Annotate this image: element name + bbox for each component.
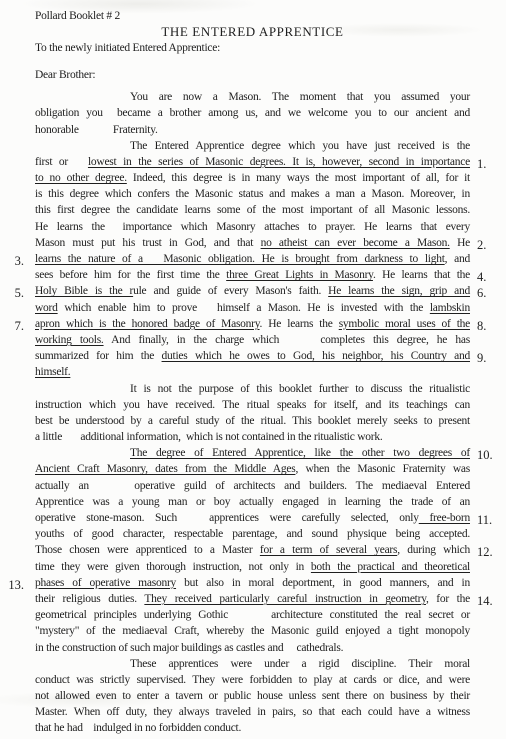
text-run: a little additional information, which i… — [35, 431, 382, 443]
text-line: actually an operative guild of architect… — [35, 478, 470, 494]
text-run: The Entered Apprentice degree which you … — [130, 140, 470, 152]
text-line: himself. — [35, 364, 470, 380]
text-run: He — [450, 237, 470, 249]
text-run: , and — [445, 253, 470, 265]
text-run: sees before him for the first time the — [35, 269, 226, 281]
underlined-text: to no other degree. — [35, 172, 127, 184]
text-run: not allowed even to enter a tavern or pu… — [35, 690, 470, 702]
underlined-text: word — [35, 302, 58, 314]
text-run: . He learns the — [260, 318, 339, 330]
text-run: , when the Masonic Fraternity was — [295, 463, 470, 475]
margin-number: 9. — [477, 350, 486, 366]
text-line: honorable Fraternity. — [35, 122, 470, 138]
underlined-text: Ancient Craft Masonry, dates from the Mi… — [35, 463, 295, 475]
text-line: Apprentice was a young man or boy actual… — [35, 494, 470, 510]
margin-number: 4. — [477, 269, 486, 285]
margin-number: 12. — [477, 544, 493, 560]
underlined-text: Holy Bible is the r — [35, 285, 133, 297]
text-run: this first degree the candidate learns s… — [35, 204, 470, 216]
text-line: apron which is the honored badge of Maso… — [35, 316, 470, 332]
underlined-text: The degree of Entered Apprentice, like t… — [130, 447, 470, 459]
text-run: "mystery" of the mediaeval Craft, whereb… — [35, 625, 470, 637]
margin-number: 14. — [477, 593, 493, 609]
text-run: conduct was strictly supervised. They we… — [35, 674, 470, 686]
text-line: that he had indulged in no forbidden con… — [35, 720, 470, 736]
underlined-text: three Great Lights in Masonry — [226, 269, 373, 281]
text-run: first or — [35, 156, 88, 168]
text-run: their religious duties. — [35, 593, 144, 605]
text-line: this first degree the candidate learns s… — [35, 202, 470, 218]
text-run: These apprentices were under a rigid dis… — [130, 658, 470, 670]
text-line: conduct was strictly supervised. They we… — [35, 672, 470, 688]
text-run: And finally, in the charge which complet… — [104, 334, 470, 346]
margin-number: 5. — [15, 285, 24, 301]
text-line: phases of operative masonry but also in … — [35, 575, 470, 591]
underlined-text: learns the nature of a Masonic obligatio… — [35, 253, 445, 265]
booklet-header: Pollard Booklet # 2 — [35, 8, 470, 24]
text-line: geometrical principles underlying Gothic… — [35, 607, 470, 623]
underlined-text: He learns the sign, grip and — [328, 285, 470, 297]
text-run: in the construction of such major buildi… — [35, 642, 343, 654]
margin-number: 2. — [477, 237, 486, 253]
text-run: honorable Fraternity. — [35, 124, 158, 136]
spacer — [35, 57, 470, 67]
underlined-text: himself. — [35, 366, 70, 378]
text-line: summarized for him the duties which he o… — [35, 348, 470, 364]
text-run: Indeed, this degree is in many ways the … — [127, 172, 470, 184]
underlined-text: free-born — [419, 512, 470, 524]
text-line: not allowed even to enter a tavern or pu… — [35, 688, 470, 704]
margin-number: 11. — [477, 512, 492, 528]
text-line: Those chosen were apprenticed to a Maste… — [35, 542, 470, 558]
text-run: Those chosen were apprenticed to a Maste… — [35, 544, 260, 556]
text-run: obligation you became a brother among us… — [35, 107, 470, 119]
text-line: instruction which you have received. The… — [35, 397, 470, 413]
text-line: It is not the purpose of this booklet fu… — [35, 381, 470, 397]
text-line: first or lowest in the series of Masonic… — [35, 154, 470, 170]
text-run: You are now a Mason. The moment that you… — [130, 91, 470, 103]
text-line: working tools. And finally, in the charg… — [35, 332, 470, 348]
text-line: Holy Bible is the rule and guide of ever… — [35, 283, 470, 299]
text-line: The Entered Apprentice degree which you … — [35, 138, 470, 154]
text-line: He learns the importance which Masonry a… — [35, 219, 470, 235]
text-run: instruction which you have received. The… — [35, 399, 470, 411]
text-run: Master. When off duty, they always trave… — [35, 706, 470, 718]
text-run: ule and guide of every Mason's faith. — [133, 285, 328, 297]
margin-number: 6. — [477, 285, 486, 301]
text-run: is this degree which confers the Masonic… — [35, 188, 470, 200]
underlined-text: for a term of several years — [260, 544, 397, 556]
text-run: summarized for him the — [35, 350, 162, 362]
text-line: is this degree which confers the Masonic… — [35, 186, 470, 202]
underlined-text: lowest in the series of Masonic degrees.… — [88, 156, 470, 168]
text-run: , during which — [397, 544, 470, 556]
text-line: sees before him for the first time the t… — [35, 267, 470, 283]
text-line: their religious duties. They received pa… — [35, 591, 470, 607]
underlined-text: They received particularly careful instr… — [144, 593, 426, 605]
text-run: geometrical principles underlying Gothic… — [35, 609, 470, 621]
underlined-text: symbolic moral uses of the — [339, 318, 470, 330]
underlined-text: duties which he owes to God, his neighbo… — [162, 350, 470, 362]
text-run: , for the — [426, 593, 470, 605]
underlined-text: phases of operative masonry — [35, 577, 176, 589]
text-run: It is not the purpose of this booklet fu… — [130, 383, 470, 395]
underlined-text: lambskin — [430, 302, 470, 314]
margin-number: 3. — [15, 253, 24, 269]
text-run: but also in moral deportment, in good ma… — [176, 577, 470, 589]
text-line: You are now a Mason. The moment that you… — [35, 89, 470, 105]
margin-number: 1. — [477, 156, 486, 172]
text-line: in the construction of such major buildi… — [35, 640, 470, 656]
text-run: actually an operative guild of architect… — [35, 480, 470, 492]
salutation-line: Dear Brother: — [35, 67, 470, 83]
text-run: best be understood by a careful study of… — [35, 415, 470, 427]
text-run: . He learns that the — [373, 269, 470, 281]
addressee-line: To the newly initiated Entered Apprentic… — [35, 40, 470, 56]
page-title: THE ENTERED APPRENTICE — [35, 24, 470, 40]
text-line: Mason must put his trust in God, and tha… — [35, 235, 470, 251]
underlined-text: working tools. — [35, 334, 104, 346]
text-run: youths of good character, respectable pa… — [35, 528, 470, 540]
text-line: The degree of Entered Apprentice, like t… — [35, 445, 470, 461]
margin-number: 7. — [15, 318, 24, 334]
margin-number: 13. — [8, 577, 24, 593]
underlined-text: both the practical and theoretical — [311, 561, 470, 573]
text-run: Mason must put his trust in God, and tha… — [35, 237, 261, 249]
document-page: Pollard Booklet # 2 THE ENTERED APPRENTI… — [0, 0, 506, 739]
text-line: These apprentices were under a rigid dis… — [35, 656, 470, 672]
text-run: which enable him to prove himself a Maso… — [58, 302, 430, 314]
text-line: word which enable him to prove himself a… — [35, 300, 470, 316]
margin-number: 10. — [477, 447, 493, 463]
text-line: learns the nature of a Masonic obligatio… — [35, 251, 470, 267]
text-line: youths of good character, respectable pa… — [35, 526, 470, 542]
text-line: Ancient Craft Masonry, dates from the Mi… — [35, 461, 470, 477]
document-body: You are now a Mason. The moment that you… — [35, 89, 470, 737]
text-line: time they were given thorough instructio… — [35, 559, 470, 575]
text-run: time they were given thorough instructio… — [35, 561, 311, 573]
text-line: best be understood by a careful study of… — [35, 413, 470, 429]
text-line: operative stone-mason. Such apprentices … — [35, 510, 470, 526]
text-run: operative stone-mason. Such apprentices … — [35, 512, 419, 524]
text-line: obligation you became a brother among us… — [35, 105, 470, 121]
text-line: a little additional information, which i… — [35, 429, 470, 445]
text-line: "mystery" of the mediaeval Craft, whereb… — [35, 623, 470, 639]
text-line: to no other degree. Indeed, this degree … — [35, 170, 470, 186]
text-line: Master. When off duty, they always trave… — [35, 704, 470, 720]
text-run: that he had indulged in no forbidden con… — [35, 722, 241, 734]
text-run: Apprentice was a young man or boy actual… — [35, 496, 470, 508]
text-run: He learns the importance which Masonry a… — [35, 221, 470, 233]
underlined-text: no atheist can ever become a Mason. — [261, 237, 450, 249]
underlined-text: apron which is the honored badge of Maso… — [35, 318, 260, 330]
margin-number: 8. — [477, 318, 486, 334]
